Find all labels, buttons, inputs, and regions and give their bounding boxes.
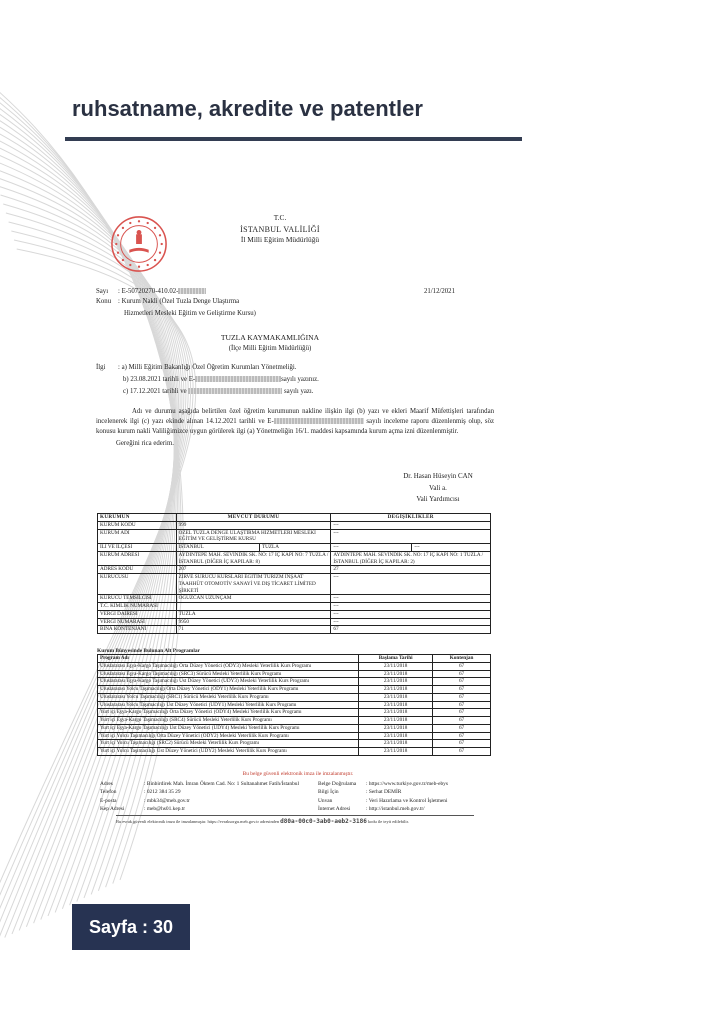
ilgi-a-text: : a) Milli Eğitim Bakanlığı Özel Öğretim… — [118, 364, 297, 371]
table-cell: 27 — [331, 566, 491, 574]
header-cell: KURUMUN — [98, 514, 177, 522]
table-cell: KURUM KODU — [98, 521, 177, 529]
table-row: KURUM KODU999--- — [98, 521, 491, 529]
signer-title: Vali Yardımcısı — [388, 494, 488, 506]
table-cell: TUZLA — [176, 610, 331, 618]
contact-value: : 0212 384 35 29 — [144, 789, 181, 795]
verify-post: kodu ile teyit edilebilir. — [368, 819, 409, 824]
redacted-text — [274, 418, 364, 424]
ilgi-label: İlgi — [96, 363, 118, 373]
table-row: Uluslararası Eşya-Kargo Taşımacılığı (SR… — [98, 670, 491, 678]
table-row: İLİ VE İLÇESİİSTANBULTUZLA------ — [98, 544, 491, 552]
table-cell: 67 — [433, 693, 491, 701]
table-row: Uluslararası Eşya-Kargo Taşımacılığı Ort… — [98, 662, 491, 670]
table-cell: Yurt içi Eşya-Kargo Taşımacılığı (SRC4) … — [98, 717, 359, 725]
header-cell: DEĞİŞİKLİKLER — [331, 514, 491, 522]
ilgi-c-post: sayılı yazı. — [284, 388, 313, 395]
table-cell: KURUCU TEMSİLCİSİ — [98, 595, 177, 603]
contact-value: : http://istanbul.meb.gov.tr/ — [366, 806, 425, 812]
header-cell: Başlama Tarihi — [359, 655, 433, 663]
table-row: BİNA KONTENJANI7167 — [98, 626, 491, 634]
table-cell: 71 — [176, 626, 331, 634]
table-cell: 23/11/2018 — [359, 748, 433, 756]
header-cell: Program Adı — [98, 655, 359, 663]
table-row: Uluslararası Eşya-Kargo Taşımacılığı Üst… — [98, 678, 491, 686]
table-cell: --- — [331, 544, 412, 552]
table-cell: Yurt içi Eşya-Kargo Taşımacılığı Orta Dü… — [98, 709, 359, 717]
table-row: KURUM ADRESİAYDINTEPE MAH. SEVİNDİK SK. … — [98, 551, 491, 566]
contact-label: Belge Doğrulama — [318, 780, 366, 788]
table-row: VERGİ NUMARASI9950--- — [98, 618, 491, 626]
letterhead: T.C. İSTANBUL VALİLİĞİ İl Milli Eğitim M… — [230, 213, 330, 246]
table-cell: 23/11/2018 — [359, 693, 433, 701]
table-cell: İLİ VE İLÇESİ — [98, 544, 177, 552]
table-cell: --- — [331, 618, 491, 626]
ilgi-c: c) 17.12.2021 tarihli ve sayılı yazı. — [123, 387, 313, 397]
sayi-line: Sayı: E-50720270-410.02- — [96, 287, 206, 297]
page-number-badge: Sayfa : 30 — [72, 904, 190, 950]
ilgi-c-pre: c) 17.12.2021 tarihli ve — [123, 388, 187, 395]
table-cell: 67 — [331, 626, 491, 634]
table-cell: 23/11/2018 — [359, 701, 433, 709]
redacted-text — [195, 376, 281, 382]
redacted-text — [178, 288, 206, 294]
contact-label: Adres — [100, 780, 144, 788]
footer-contact-row: Adres: Binbirdirek Mah. İmran Öktem Cad.… — [100, 780, 299, 788]
table-row: Yurt içi Eşya-Kargo Taşımacılığı (SRC4) … — [98, 717, 491, 725]
table-cell: OĞUZCAN UZUNÇAM — [176, 595, 331, 603]
letterhead-tc: T.C. — [230, 213, 330, 224]
table-row: Uluslararası Yolcu Taşımacılığı Üst Düze… — [98, 701, 491, 709]
table-row: ADRES KODU20727 — [98, 566, 491, 574]
table-row: KURUCU TEMSİLCİSİOĞUZCAN UZUNÇAM--- — [98, 595, 491, 603]
signer-line2: Vali a. — [388, 483, 488, 495]
table-cell: AYDINTEPE MAH. SEVİNDİK SK. NO: 17 İÇ KA… — [176, 551, 331, 566]
ministry-seal-icon — [110, 215, 168, 273]
table-cell: 67 — [433, 662, 491, 670]
table-cell: Uluslararası Yolcu Taşımacılığı (SRC1) S… — [98, 693, 359, 701]
table-cell: 67 — [433, 678, 491, 686]
table-cell: Uluslararası Eşya-Kargo Taşımacılığı (SR… — [98, 670, 359, 678]
signature-block: Dr. Hasan Hüseyin CAN Vali a. Vali Yardı… — [388, 471, 488, 506]
konu-line-2: Hizmetleri Mesleki Eğitim ve Geliştirme … — [124, 309, 256, 319]
page-title: ruhsatname, akredite ve patentler — [72, 96, 423, 122]
title-underline — [65, 137, 522, 141]
verification-line: Bu evrak güvenli elektronik imza ile imz… — [116, 818, 409, 825]
table-cell: 23/11/2018 — [359, 740, 433, 748]
letterhead-directorate: İl Milli Eğitim Müdürlüğü — [230, 235, 330, 246]
table-cell: 67 — [433, 748, 491, 756]
footer-contact-row: Unvan: Veri Hazırlama ve Kontrol İşletme… — [318, 797, 448, 805]
contact-value: : mbk34@meb.gov.tr — [144, 798, 190, 804]
recipient: TUZLA KAYMAKAMLIĞINA — [0, 333, 540, 344]
contact-value: : Veri Hazırlama ve Kontrol İşletmeni — [366, 798, 447, 804]
signer-name: Dr. Hasan Hüseyin CAN — [388, 471, 488, 483]
sayi-label: Sayı — [96, 287, 118, 297]
footer-contact-row: Belge Doğrulama: https://www.turkiye.gov… — [318, 780, 448, 788]
ilgi-b: b) 23.08.2021 tarihli ve E-sayılı yazını… — [123, 375, 319, 385]
letter-body: Adı ve durumu aşağıda belirtilen özel öğ… — [96, 407, 494, 449]
institution-table: KURUMUN MEVCUT DURUMU DEĞİŞİKLİKLER KURU… — [97, 513, 491, 634]
header-cell: Kontenjan — [433, 655, 491, 663]
table-cell: 23/11/2018 — [359, 686, 433, 694]
table-row: Yurt içi Eşya-Kargo Taşımacılığı Üst Düz… — [98, 724, 491, 732]
table-cell: AYDINTEPE MAH. SEVİNDİK SK. NO: 17 İÇ KA… — [331, 551, 491, 566]
contact-value: : https://www.turkiye.gov.tr/meb-ebys — [366, 781, 448, 787]
recipient-sub: (İlçe Milli Eğitim Müdürlüğü) — [0, 344, 540, 354]
footer-contact-row: İnternet Adresi: http://istanbul.meb.gov… — [318, 805, 448, 813]
institution-table-header: KURUMUN MEVCUT DURUMU DEĞİŞİKLİKLER — [98, 514, 491, 522]
contact-label: Kep Adresi — [100, 805, 144, 813]
table-cell: Uluslararası Yolcu Taşımacılığı Üst Düze… — [98, 701, 359, 709]
table-cell: 999 — [176, 521, 331, 529]
footer-rule — [116, 815, 474, 816]
table-row: Yurt içi Yolcu Taşımacılığı Üst Düzey Yö… — [98, 748, 491, 756]
contact-value: : Serhat DEMİR — [366, 789, 401, 795]
table-cell: KURUCUSU — [98, 574, 177, 595]
table-cell: ÖZEL TUZLA DENGE ULAŞTIRMA HİZMETLERİ ME… — [176, 529, 331, 544]
ilgi-b-pre: b) 23.08.2021 tarihli ve E- — [123, 376, 195, 383]
table-cell: 67 — [433, 724, 491, 732]
table-cell: 23/11/2018 — [359, 670, 433, 678]
contact-label: Bilgi İçin — [318, 788, 366, 796]
background-arc-lines — [0, 0, 724, 1024]
table-cell: 67 — [433, 717, 491, 725]
letterhead-governorship: İSTANBUL VALİLİĞİ — [230, 224, 330, 236]
footer-contact-row: Bilgi İçin: Serhat DEMİR — [318, 788, 448, 796]
table-row: KURUM ADIÖZEL TUZLA DENGE ULAŞTIRMA HİZM… — [98, 529, 491, 544]
table-cell: T.C. KİMLİK NUMARASI — [98, 603, 177, 611]
table-row: T.C. KİMLİK NUMARASI--- — [98, 603, 491, 611]
table-cell: --- — [331, 521, 491, 529]
table-cell: Yurt içi Eşya-Kargo Taşımacılığı Üst Düz… — [98, 724, 359, 732]
table-cell: --- — [331, 603, 491, 611]
table-cell: Yurt içi Yolcu Taşımacılığı Orta Düzey Y… — [98, 732, 359, 740]
contact-value: : meb@hs01.kep.tr — [144, 806, 185, 812]
table-cell: İSTANBUL — [176, 544, 259, 552]
table-cell: --- — [331, 610, 491, 618]
table-cell: 23/11/2018 — [359, 678, 433, 686]
programs-table-header: Program Adı Başlama Tarihi Kontenjan — [98, 655, 491, 663]
verify-pre: Bu evrak güvenli elektronik imza ile imz… — [116, 819, 279, 824]
redacted-text — [188, 388, 282, 394]
ilgi-a: İlgi: a) Milli Eğitim Bakanlığı Özel Öğr… — [96, 363, 297, 373]
table-cell: Uluslararası Yolcu Taşımacılığı Orta Düz… — [98, 686, 359, 694]
contact-value: : Binbirdirek Mah. İmran Öktem Cad. No: … — [144, 781, 299, 787]
table-cell: 67 — [433, 670, 491, 678]
table-cell: 67 — [433, 740, 491, 748]
table-row: Uluslararası Yolcu Taşımacılığı Orta Düz… — [98, 686, 491, 694]
table-cell: --- — [412, 544, 491, 552]
table-row: KURUCUSUZİRVE SÜRÜCÜ KURSLARI EĞİTİM TUR… — [98, 574, 491, 595]
footer-contact-right: Belge Doğrulama: https://www.turkiye.gov… — [318, 780, 448, 814]
table-row: Yurt içi Eşya-Kargo Taşımacılığı Orta Dü… — [98, 709, 491, 717]
contact-label: İnternet Adresi — [318, 805, 366, 813]
table-row: Uluslararası Yolcu Taşımacılığı (SRC1) S… — [98, 693, 491, 701]
ilgi-b-post: sayılı yazınız. — [281, 376, 319, 383]
table-cell: 67 — [433, 709, 491, 717]
contact-label: Unvan — [318, 797, 366, 805]
konu-line: Konu: Kurum Nakli (Özel Tuzla Denge Ulaş… — [96, 297, 239, 307]
table-cell: 9950 — [176, 618, 331, 626]
table-cell: 67 — [433, 732, 491, 740]
table-cell: --- — [331, 529, 491, 544]
header-cell: MEVCUT DURUMU — [176, 514, 331, 522]
programs-table: Program Adı Başlama Tarihi Kontenjan Ulu… — [97, 654, 491, 756]
table-cell: VERGİ NUMARASI — [98, 618, 177, 626]
table-cell: KURUM ADI — [98, 529, 177, 544]
footer-contact-row: Kep Adresi: meb@hs01.kep.tr — [100, 805, 299, 813]
table-cell: 23/11/2018 — [359, 717, 433, 725]
verification-code: d80a-00c0-3ab0-aeb2-3186 — [280, 818, 367, 825]
table-row: VERGİ DAİRESİTUZLA--- — [98, 610, 491, 618]
table-cell — [176, 603, 331, 611]
table-cell: BİNA KONTENJANI — [98, 626, 177, 634]
table-cell: VERGİ DAİRESİ — [98, 610, 177, 618]
table-cell: Uluslararası Eşya-Kargo Taşımacılığı Üst… — [98, 678, 359, 686]
letter-date: 21/12/2021 — [424, 287, 455, 297]
table-cell: 23/11/2018 — [359, 662, 433, 670]
table-cell: 23/11/2018 — [359, 732, 433, 740]
footer-contact-row: Telefon: 0212 384 35 29 — [100, 788, 299, 796]
table-cell: 67 — [433, 686, 491, 694]
konu-value: : Kurum Nakli (Özel Tuzla Denge Ulaştırm… — [118, 298, 239, 305]
table-cell: TUZLA — [259, 544, 330, 552]
table-cell: --- — [331, 595, 491, 603]
table-cell: KURUM ADRESİ — [98, 551, 177, 566]
esign-notice: Bu belge güvenli elektronik imza ile imz… — [96, 771, 500, 777]
table-cell: Yurt içi Yolcu Taşımacılığı Üst Düzey Yö… — [98, 748, 359, 756]
table-row: Yurt içi Yolcu Taşımacılığı (SRC2) Sürüc… — [98, 740, 491, 748]
footer-contact-left: Adres: Binbirdirek Mah. İmran Öktem Cad.… — [100, 780, 299, 814]
contact-label: E-posta — [100, 797, 144, 805]
table-cell: --- — [331, 574, 491, 595]
contact-label: Telefon — [100, 788, 144, 796]
table-cell: Uluslararası Eşya-Kargo Taşımacılığı Ort… — [98, 662, 359, 670]
table-row: Yurt içi Yolcu Taşımacılığı Orta Düzey Y… — [98, 732, 491, 740]
closing: Gereğini rica ederim. — [96, 439, 494, 449]
sayi-value: : E-50720270-410.02- — [118, 288, 178, 295]
table-cell: 23/11/2018 — [359, 724, 433, 732]
table-cell: ADRES KODU — [98, 566, 177, 574]
footer-contact-row: E-posta: mbk34@meb.gov.tr — [100, 797, 299, 805]
table-cell: Yurt içi Yolcu Taşımacılığı (SRC2) Sürüc… — [98, 740, 359, 748]
konu-label: Konu — [96, 297, 118, 307]
table-cell: 67 — [433, 701, 491, 709]
table-cell: 23/11/2018 — [359, 709, 433, 717]
table-cell: 207 — [176, 566, 331, 574]
table-cell: ZİRVE SÜRÜCÜ KURSLARI EĞİTİM TURİZM İNŞA… — [176, 574, 331, 595]
